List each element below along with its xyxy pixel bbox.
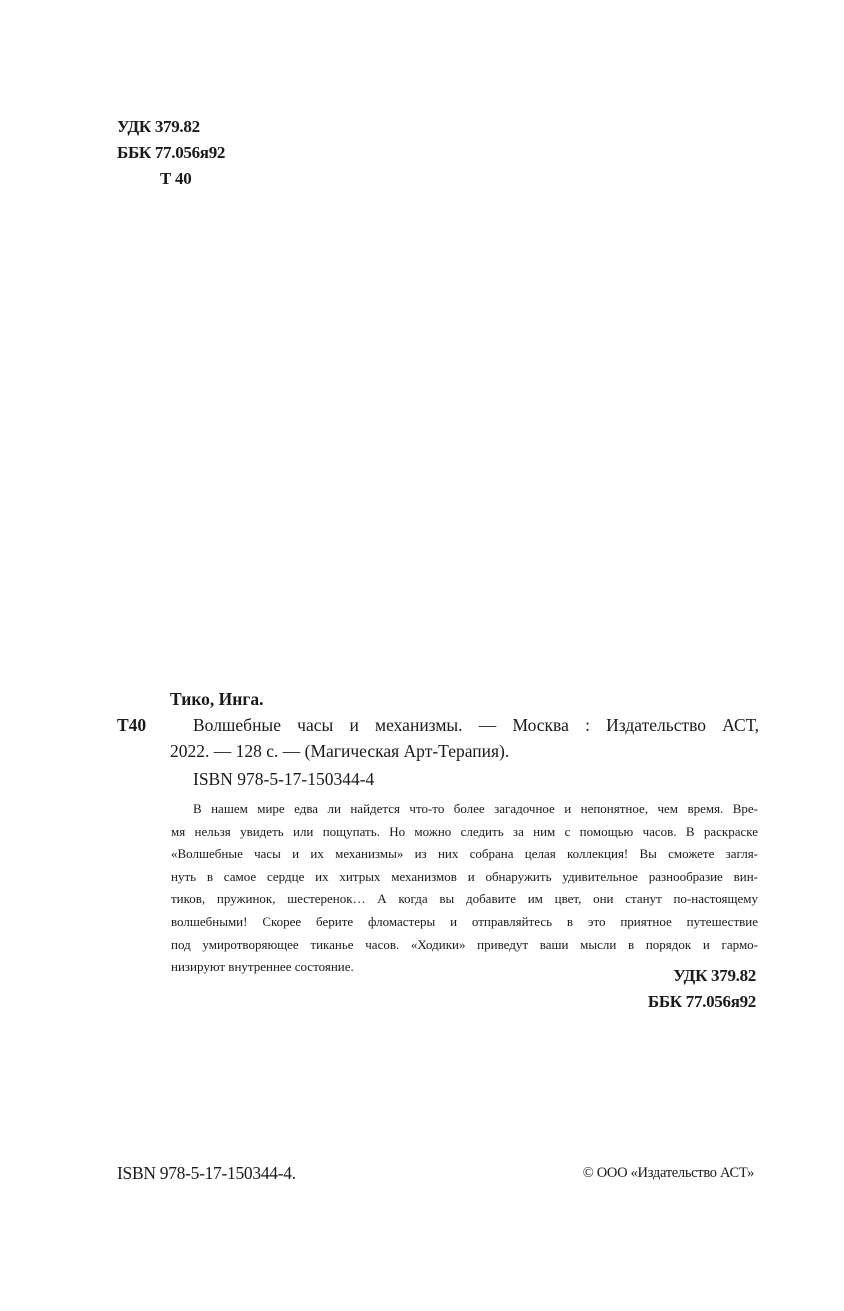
udk-code-bottom: УДК 379.82 xyxy=(673,967,756,984)
annotation-line: мя нельзя увидеть или пощупать. Но можно… xyxy=(171,821,758,844)
annotation-line: низируют внутреннее состояние. xyxy=(171,956,758,979)
bbk-code-top: ББК 77.056я92 xyxy=(117,144,225,161)
title-statement-line-2: 2022. — 128 с. — (Магическая Арт-Терапия… xyxy=(170,743,509,761)
isbn-footer: ISBN 978-5-17-150344-4. xyxy=(117,1165,296,1183)
bbk-code-bottom: ББК 77.056я92 xyxy=(648,993,756,1010)
annotation-line: волшебными! Скорее берите фломастеры и о… xyxy=(171,911,758,934)
annotation-line: под умиротворяющее тиканье часов. «Ходик… xyxy=(171,934,758,957)
annotation-line: «Волшебные часы и их механизмы» из них с… xyxy=(171,843,758,866)
author-heading: Тико, Инга. xyxy=(170,691,263,709)
author-sign-entry: Т40 xyxy=(117,717,146,735)
annotation-line: В нашем мире едва ли найдется что-то бол… xyxy=(171,798,758,821)
author-sign-top: Т 40 xyxy=(160,170,191,187)
copyright-notice: © ООО «Издательство АСТ» xyxy=(583,1166,754,1181)
annotation-line: нуть в самое сердце их хитрых механизмов… xyxy=(171,866,758,889)
annotation: В нашем мире едва ли найдется что-то бол… xyxy=(171,798,758,979)
title-statement-line-1: Волшебные часы и механизмы. — Москва : И… xyxy=(193,717,759,735)
udk-code-top: УДК 379.82 xyxy=(117,118,200,135)
annotation-line: тиков, пружинок, шестеренок… А когда вы … xyxy=(171,888,758,911)
isbn-entry: ISBN 978-5-17-150344-4 xyxy=(193,771,374,789)
